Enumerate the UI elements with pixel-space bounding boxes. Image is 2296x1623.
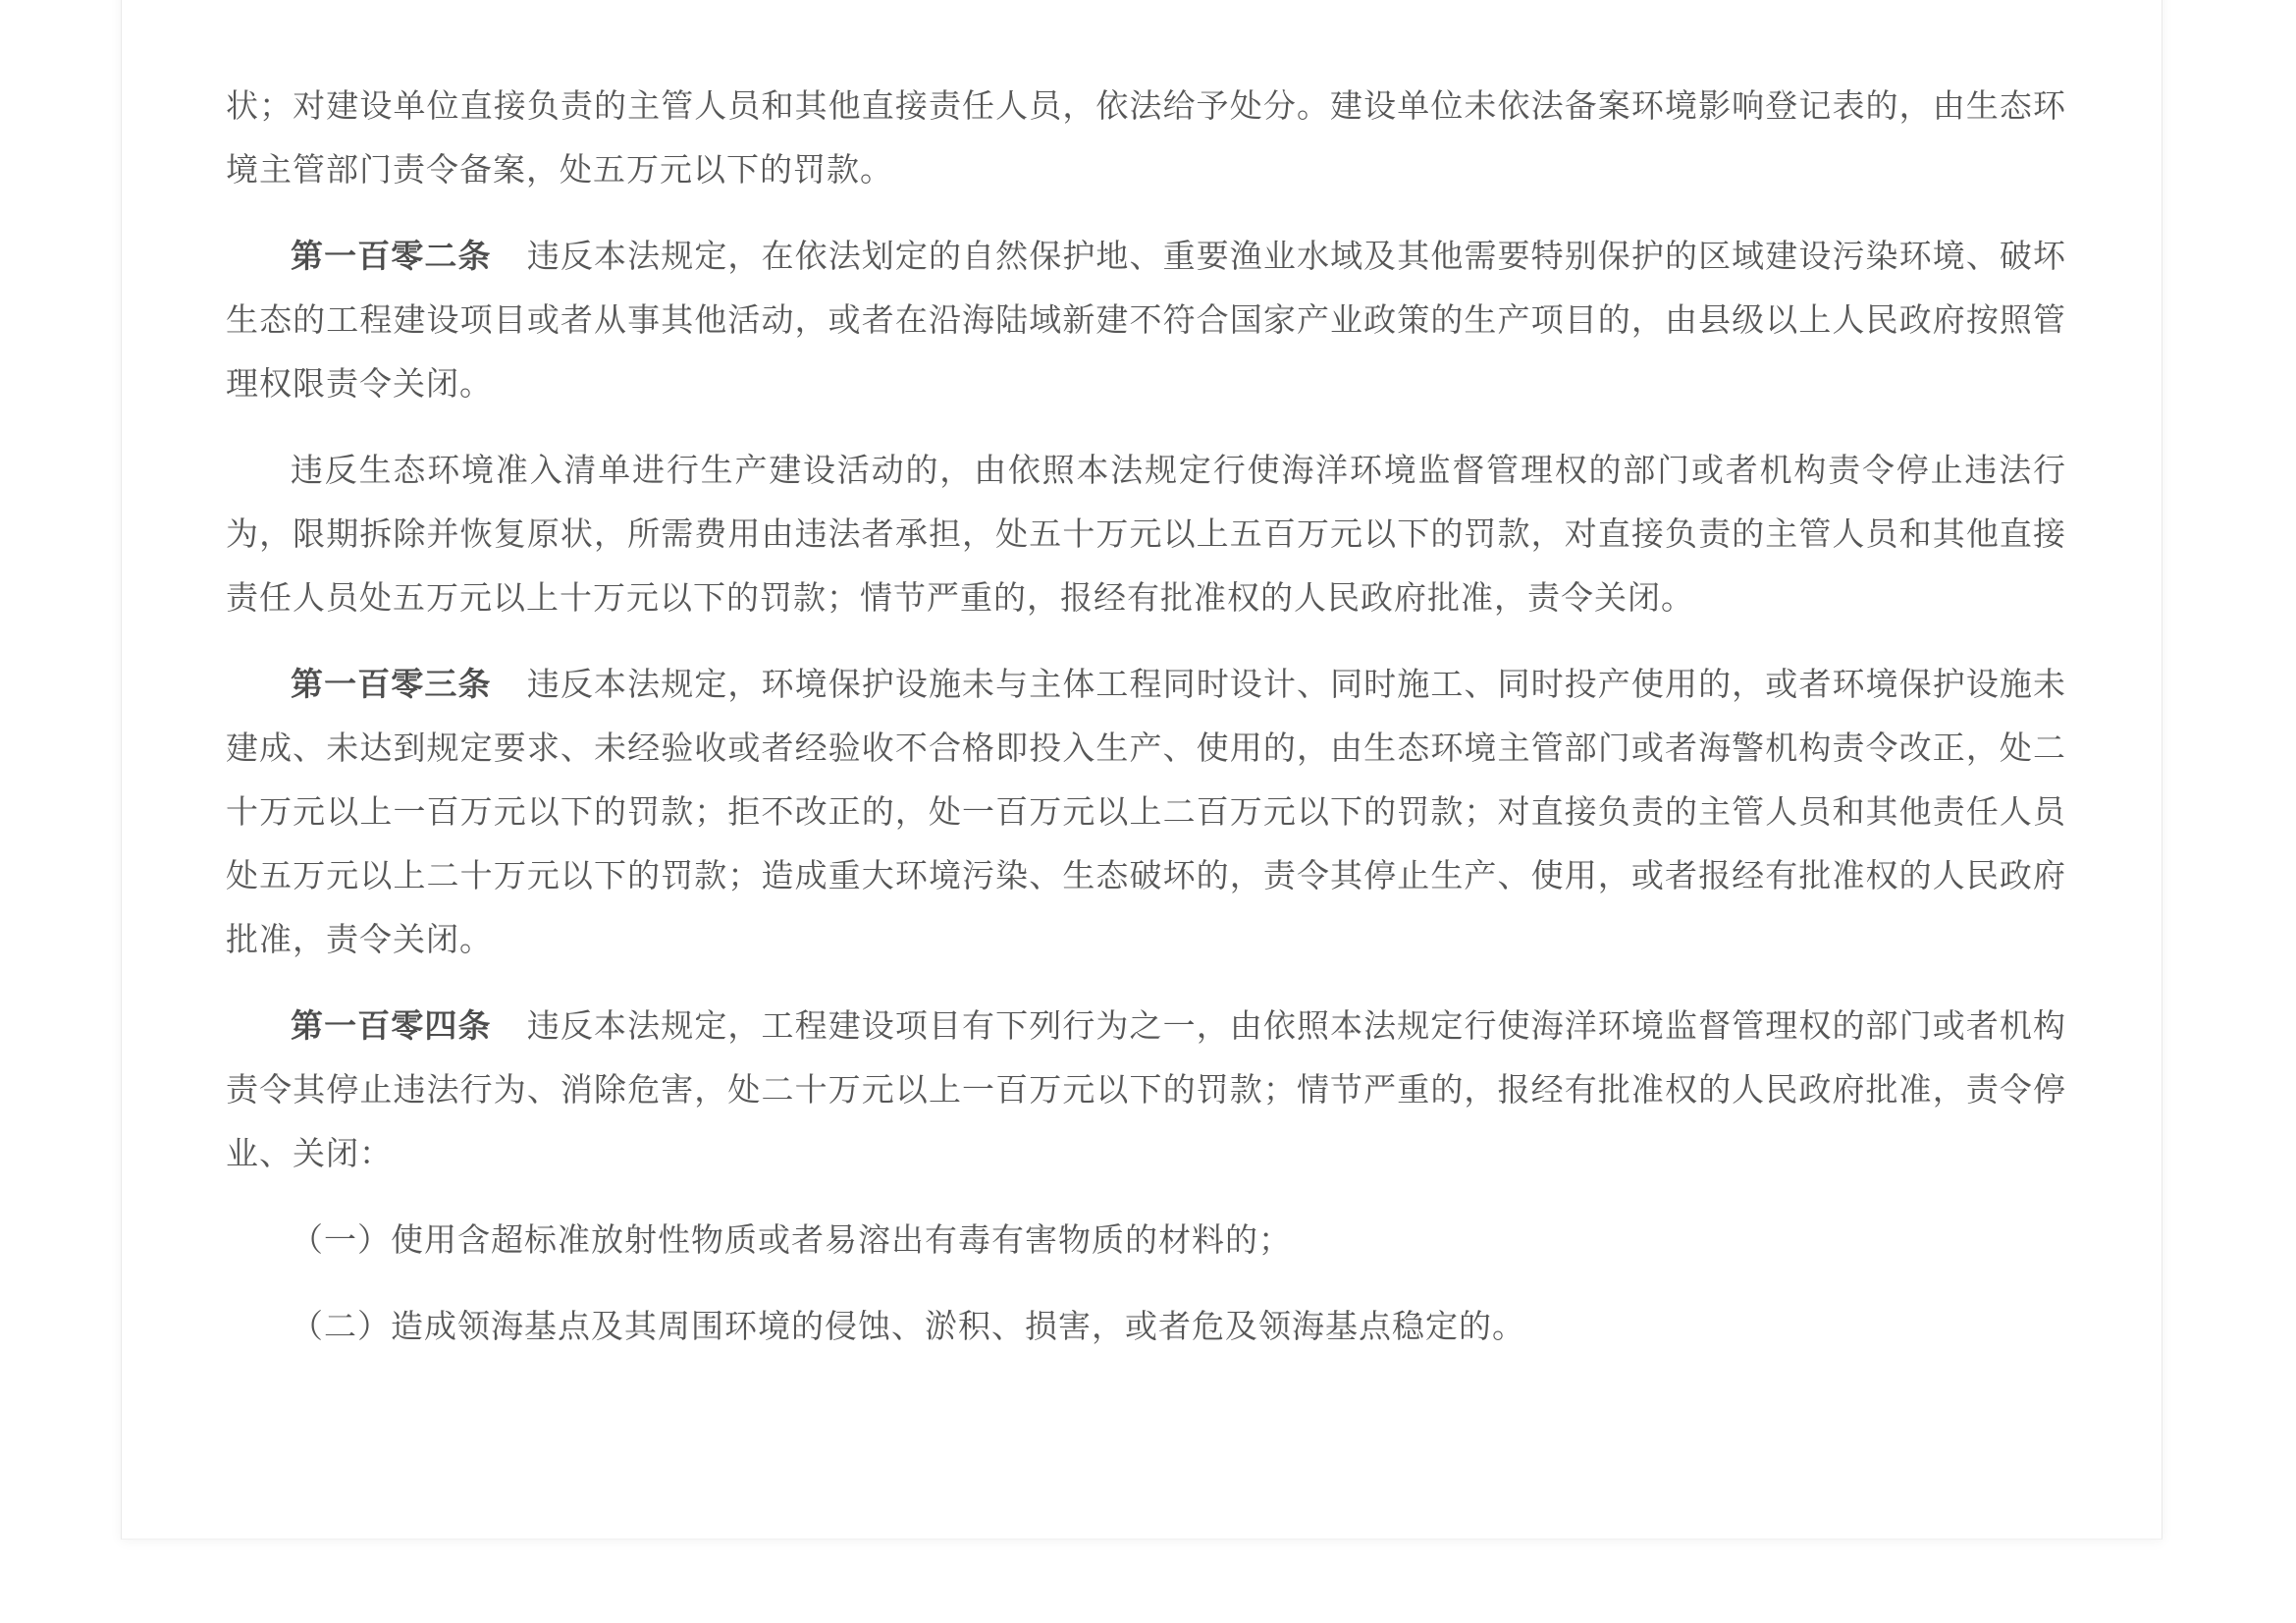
article-number: 第一百零二条 [291,238,492,274]
article-number: 第一百零四条 [291,1007,492,1044]
document-content-card: 状；对建设单位直接负责的主管人员和其他直接责任人员，依法给予处分。建设单位未依法… [121,0,2163,1540]
law-article-paragraph: 第一百零三条违反本法规定，环境保护设施未与主体工程同时设计、同时施工、同时投产使… [226,652,2066,971]
law-article-paragraph: 第一百零二条违反本法规定，在依法划定的自然保护地、重要渔业水域及其他需要特别保护… [226,224,2066,415]
article-number: 第一百零三条 [291,666,492,702]
law-paragraph: 状；对建设单位直接负责的主管人员和其他直接责任人员，依法给予处分。建设单位未依法… [226,74,2066,201]
law-list-item: （一）使用含超标准放射性物质或者易溶出有毒有害物质的材料的； [226,1208,2066,1271]
law-text-body: 状；对建设单位直接负责的主管人员和其他直接责任人员，依法给予处分。建设单位未依法… [226,74,2066,1358]
law-paragraph: 违反生态环境准入清单进行生产建设活动的，由依照本法规定行使海洋环境监督管理权的部… [226,438,2066,629]
document-page: 状；对建设单位直接负责的主管人员和其他直接责任人员，依法给予处分。建设单位未依法… [0,0,2296,1623]
law-article-paragraph: 第一百零四条违反本法规定，工程建设项目有下列行为之一，由依照本法规定行使海洋环境… [226,994,2066,1185]
law-list-item: （二）造成领海基点及其周围环境的侵蚀、淤积、损害，或者危及领海基点稳定的。 [226,1294,2066,1358]
